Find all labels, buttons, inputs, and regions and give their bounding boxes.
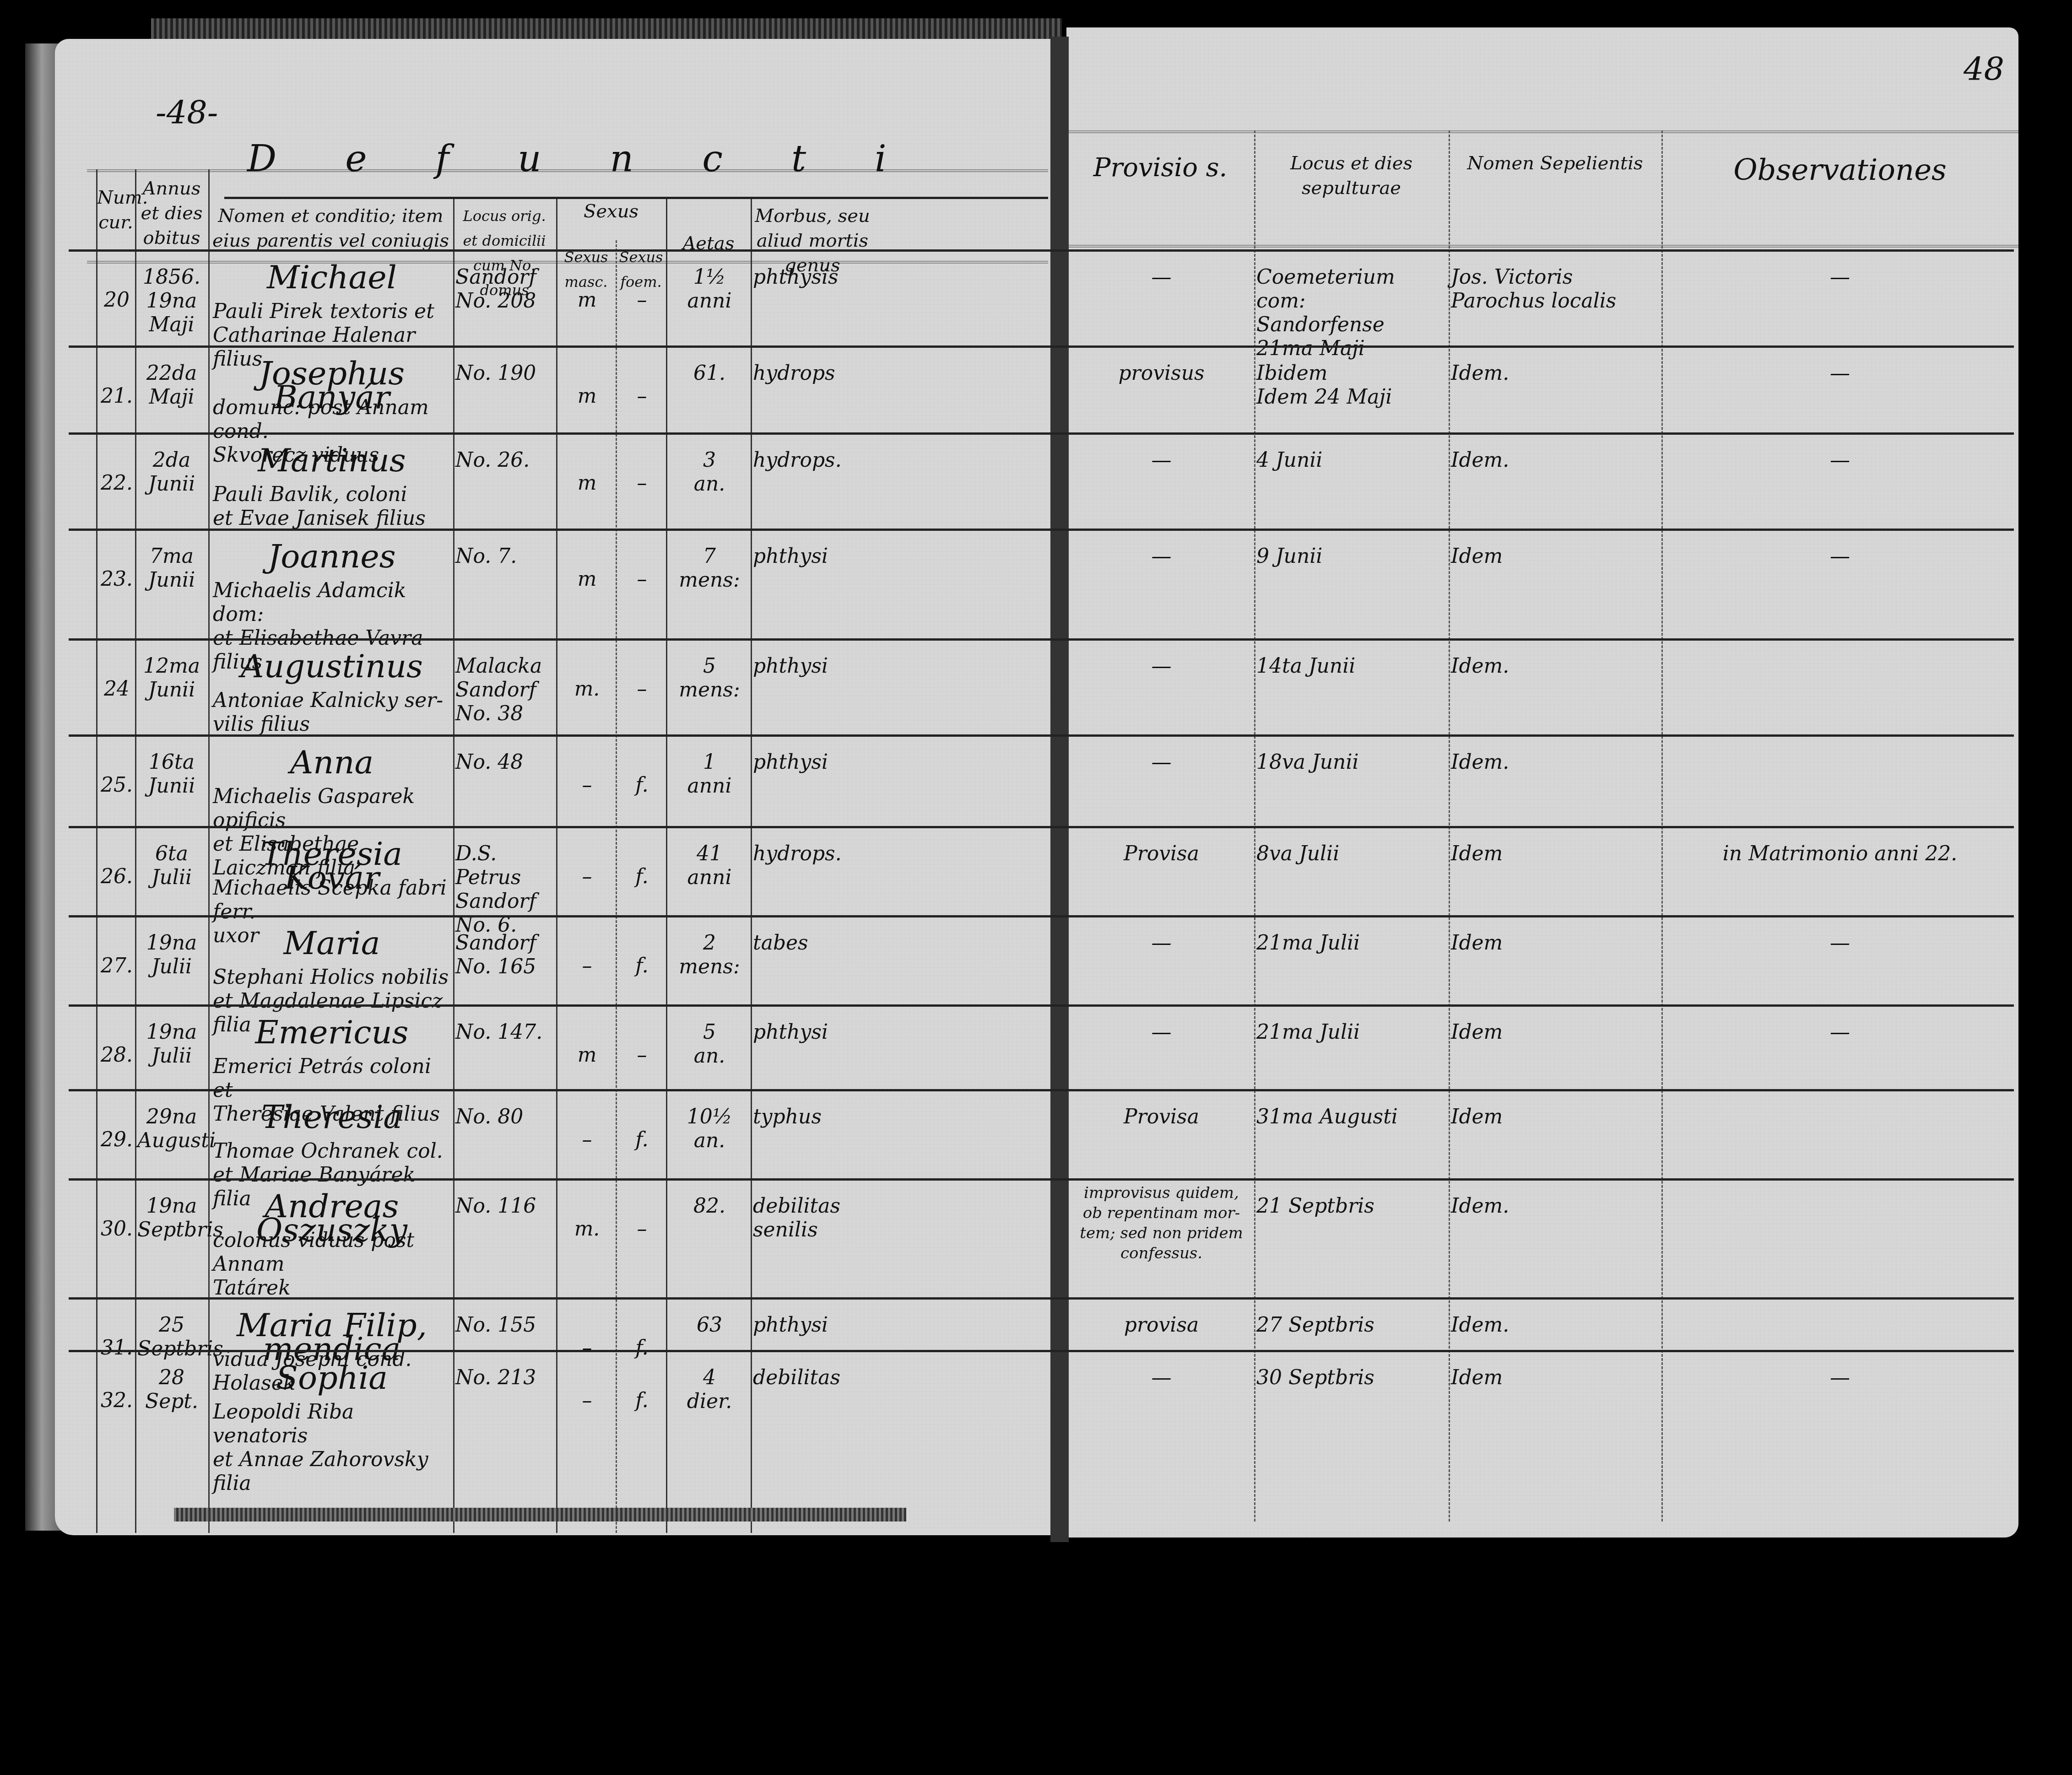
- entry-sepeliens: Idem: [1451, 1020, 1661, 1044]
- entry-provisio: —: [1069, 545, 1254, 568]
- entry-domicile: No. 116: [455, 1194, 554, 1218]
- entry-name: Joannes: [213, 545, 451, 568]
- entry-observationes: —: [1666, 265, 2014, 289]
- entry-sepeliens: Jos. Victoris Parochus localis: [1451, 265, 1661, 313]
- entry-name: Michael: [213, 265, 451, 289]
- entry-cause: hydrops.: [753, 842, 890, 866]
- entry-burial: 9 Junii: [1256, 545, 1449, 568]
- entry-sex-foem: –: [618, 1043, 666, 1067]
- header-masc: Sexus masc.: [557, 245, 615, 294]
- entry-number: 25.: [98, 773, 135, 797]
- entry-sex-masc: m.: [558, 677, 616, 701]
- entry-sex-foem: –: [618, 471, 666, 495]
- entry-date: 12ma Junii: [137, 654, 206, 702]
- entry-number: 22.: [98, 471, 135, 495]
- entry-domicile: D.S. Petrus Sandorf No. 6.: [455, 842, 554, 937]
- row-separator: [69, 1004, 2014, 1007]
- header-annus: Annus et dies obitus: [136, 176, 207, 250]
- entry-sex-masc: m: [558, 384, 616, 408]
- entry-number: 31.: [98, 1336, 135, 1360]
- entry-burial: 30 Septbris: [1256, 1366, 1449, 1390]
- entry-sepeliens: Idem.: [1451, 448, 1661, 472]
- entry-sex-foem: f.: [618, 1336, 666, 1360]
- entry-cause: typhus: [753, 1105, 890, 1129]
- entry-provisio: Provisa: [1069, 1105, 1254, 1129]
- entry-age: 82.: [668, 1194, 751, 1218]
- entry-burial: 4 Junii: [1256, 448, 1449, 472]
- entry-date: 25 Septbris: [137, 1313, 206, 1361]
- entry-provisio: —: [1069, 1366, 1254, 1390]
- entry-sepeliens: Idem.: [1451, 1313, 1661, 1337]
- entry-number: 21.: [98, 384, 135, 408]
- col-divider: [453, 199, 454, 1533]
- header-aetas: Aetas: [667, 231, 750, 256]
- entry-burial: 21ma Julii: [1256, 1020, 1449, 1044]
- entry-burial: 21 Septbris: [1256, 1194, 1449, 1218]
- entry-age: 4 dier.: [668, 1366, 751, 1414]
- row-separator: [69, 1350, 2014, 1352]
- col-divider: [208, 169, 210, 1533]
- entry-burial: 21ma Julii: [1256, 931, 1449, 955]
- row-separator: [69, 638, 2014, 641]
- entry-name: Sophia: [213, 1366, 451, 1390]
- entry-age: 7 mens:: [668, 545, 751, 592]
- row-separator: [69, 734, 2014, 737]
- entry-provisio: —: [1069, 750, 1254, 774]
- book-gutter: [1050, 37, 1069, 1542]
- entry-sex-masc: –: [558, 954, 616, 978]
- entry-date: 2da Junii: [137, 448, 206, 496]
- entry-name: Anna: [213, 750, 451, 774]
- entry-observationes: in Matrimonio anni 22.: [1666, 842, 2014, 866]
- header-foem: Sexus foem.: [617, 245, 665, 294]
- entry-domicile: No. 7.: [455, 545, 554, 568]
- entry-number: 26.: [98, 865, 135, 889]
- entry-burial: 8va Julii: [1256, 842, 1449, 866]
- header-nomen: Nomen et conditio; item eius parentis ve…: [211, 204, 451, 253]
- col-divider: [135, 169, 136, 1533]
- entry-burial: 27 Septbris: [1256, 1313, 1449, 1337]
- entry-burial: 18va Junii: [1256, 750, 1449, 774]
- entry-age: 5 an.: [668, 1020, 751, 1068]
- entry-cause: phthysi: [753, 750, 890, 774]
- entry-sex-masc: m.: [558, 1217, 616, 1241]
- entry-domicile: No. 155: [455, 1313, 554, 1337]
- entry-observationes: —: [1666, 931, 2014, 955]
- entry-provisio: improvisus quidem, ob repentinam mor- te…: [1069, 1183, 1254, 1263]
- entry-cause: phthysi: [753, 545, 890, 568]
- header-bottom-rule: [1066, 245, 2018, 248]
- entry-cause: hydrops: [753, 361, 890, 385]
- entry-domicile: No. 190: [455, 361, 554, 385]
- entry-cause: tabes: [753, 931, 890, 955]
- header-sexus: Sexus: [558, 199, 664, 224]
- entry-parents: Leopoldi Riba venatoris et Annae Zahorov…: [213, 1400, 451, 1495]
- entry-age: 1½ anni: [668, 265, 751, 313]
- entry-age: 3 an.: [668, 448, 751, 496]
- entry-domicile: No. 147.: [455, 1020, 554, 1044]
- entry-sex-masc: m: [558, 288, 616, 312]
- entry-sex-masc: m: [558, 567, 616, 591]
- entry-cause: phthysi: [753, 1020, 890, 1044]
- entry-sex-foem: –: [618, 567, 666, 591]
- entry-cause: debilitas senilis: [753, 1194, 890, 1242]
- entry-cause: phthysis: [753, 265, 890, 289]
- entry-sepeliens: Idem: [1451, 1105, 1661, 1129]
- entry-sepeliens: Idem.: [1451, 654, 1661, 678]
- entry-date: 16ta Junii: [137, 750, 206, 798]
- entry-parents: Antoniae Kalnicky ser- vilis filius: [213, 689, 451, 736]
- entry-domicile: No. 213: [455, 1366, 554, 1390]
- entry-date: 22da Maji: [137, 361, 206, 409]
- entry-number: 29.: [98, 1128, 135, 1152]
- entry-provisio: provisus: [1069, 361, 1254, 385]
- entry-domicile: Sandorf No. 208: [455, 265, 554, 313]
- entry-age: 5 mens:: [668, 654, 751, 702]
- entry-date: 19na Septbris: [137, 1194, 206, 1242]
- entry-sex-foem: f.: [618, 773, 666, 797]
- entry-provisio: —: [1069, 265, 1254, 289]
- entry-domicile: No. 48: [455, 750, 554, 774]
- entry-sex-foem: f.: [618, 1128, 666, 1152]
- entry-sex-foem: f.: [618, 1389, 666, 1413]
- entry-number: 23.: [98, 567, 135, 591]
- entry-provisio: —: [1069, 654, 1254, 678]
- col-divider: [556, 199, 557, 1533]
- col-divider: [96, 169, 97, 1533]
- col-divider: [751, 199, 752, 1533]
- entry-parents: colonus viduus post Annam Tatárek: [213, 1229, 451, 1300]
- entry-sepeliens: Idem.: [1451, 361, 1661, 385]
- entry-age: 10½ an.: [668, 1105, 751, 1153]
- col-divider: [666, 199, 667, 1533]
- book-cover-bottom: [174, 1508, 906, 1521]
- entry-date: 7ma Junii: [137, 545, 206, 592]
- entry-cause: phthysi: [753, 1313, 890, 1337]
- entry-date: 19na Julii: [137, 1020, 206, 1068]
- left-page-number: -48-: [156, 94, 218, 131]
- header-sepeliens: Nomen Sepelientis: [1451, 151, 1659, 176]
- header-top-rule: [1066, 130, 2018, 133]
- entry-provisio: —: [1069, 1020, 1254, 1044]
- entry-sex-foem: –: [618, 677, 666, 701]
- row-separator: [69, 529, 2014, 531]
- entry-burial: 14ta Junii: [1256, 654, 1449, 678]
- entry-name: Augustinus: [213, 654, 451, 678]
- entry-number: 24: [98, 677, 135, 701]
- entry-sex-foem: –: [618, 1217, 666, 1241]
- defuncti-banner: Defuncti: [247, 137, 955, 180]
- header-provisio: Provisio s.: [1071, 156, 1250, 180]
- entry-age: 63: [668, 1313, 751, 1337]
- right-page-number: 48: [1964, 50, 2004, 88]
- entry-burial: 31ma Augusti: [1256, 1105, 1449, 1129]
- entry-sex-foem: –: [618, 384, 666, 408]
- entry-sex-masc: –: [558, 865, 616, 889]
- entry-sex-masc: m: [558, 471, 616, 495]
- entry-provisio: provisa: [1069, 1313, 1254, 1337]
- entry-domicile: Sandorf No. 165: [455, 931, 554, 979]
- entry-age: 41 anni: [668, 842, 751, 890]
- entry-age: 61.: [668, 361, 751, 385]
- entry-number: 28.: [98, 1043, 135, 1067]
- entry-name: Martinus: [213, 448, 451, 472]
- entry-age: 2 mens:: [668, 931, 751, 979]
- entry-sex-foem: f.: [618, 865, 666, 889]
- entry-burial: Ibidem Idem 24 Maji: [1256, 361, 1449, 409]
- entry-sepeliens: Idem: [1451, 931, 1661, 955]
- entry-domicile: No. 26.: [455, 448, 554, 472]
- entry-date: 19na Julii: [137, 931, 206, 979]
- entry-provisio: —: [1069, 448, 1254, 472]
- right-page: 48 Provisio s. Locus et dies sepulturae …: [1066, 27, 2018, 1538]
- entry-observationes: —: [1666, 361, 2014, 385]
- entry-observationes: —: [1666, 1020, 2014, 1044]
- entry-number: 20: [98, 288, 135, 312]
- row-separator: [69, 915, 2014, 917]
- entry-age: 1 anni: [668, 750, 751, 798]
- entry-sex-masc: –: [558, 1128, 616, 1152]
- entry-domicile: No. 80: [455, 1105, 554, 1129]
- entry-sepeliens: Idem.: [1451, 1194, 1661, 1218]
- entry-sepeliens: Idem: [1451, 842, 1661, 866]
- entry-number: 30.: [98, 1217, 135, 1241]
- entry-cause: debilitas: [753, 1366, 890, 1390]
- row-separator: [69, 826, 2014, 828]
- entry-sepeliens: Idem: [1451, 1366, 1661, 1390]
- header-observationes: Observationes: [1666, 158, 2014, 183]
- entry-sex-foem: –: [618, 288, 666, 312]
- row-separator: [69, 345, 2014, 348]
- entry-sex-masc: –: [558, 1389, 616, 1413]
- entry-sex-masc: m: [558, 1043, 616, 1067]
- row-separator: [69, 1297, 2014, 1300]
- entry-date: 6ta Julii: [137, 842, 206, 890]
- entry-name: Emericus: [213, 1020, 451, 1044]
- entry-sepeliens: Idem: [1451, 545, 1661, 568]
- entry-date: 28 Sept.: [137, 1366, 206, 1414]
- row-separator: [69, 1089, 2014, 1091]
- row-separator: [69, 249, 2014, 252]
- entry-cause: phthysi: [753, 654, 890, 678]
- entry-date: 1856. 19na Maji: [137, 265, 206, 337]
- header-num: Num. cur.: [97, 185, 135, 235]
- entry-sex-foem: f.: [618, 954, 666, 978]
- entry-domicile: Malacka Sandorf No. 38: [455, 654, 554, 726]
- entry-cause: hydrops.: [753, 448, 890, 472]
- entry-observationes: —: [1666, 545, 2014, 568]
- entry-date: 29na Augusti: [137, 1105, 206, 1153]
- entry-sex-masc: –: [558, 773, 616, 797]
- row-separator: [69, 432, 2014, 435]
- entry-provisio: —: [1069, 931, 1254, 955]
- row-separator: [69, 1178, 2014, 1181]
- entry-name: Maria: [213, 931, 451, 955]
- entry-provisio: Provisa: [1069, 842, 1254, 866]
- entry-sepeliens: Idem.: [1451, 750, 1661, 774]
- entry-number: 27.: [98, 954, 135, 978]
- entry-parents: Pauli Bavlik, coloni et Evae Janisek fil…: [213, 483, 451, 530]
- header-locus-sepulturae: Locus et dies sepulturae: [1256, 151, 1446, 200]
- entry-observationes: —: [1666, 448, 2014, 472]
- entry-sex-masc: –: [558, 1336, 616, 1360]
- entry-observationes: —: [1666, 1366, 2014, 1390]
- entry-number: 32.: [98, 1389, 135, 1413]
- entry-name: Theresia: [213, 1105, 451, 1129]
